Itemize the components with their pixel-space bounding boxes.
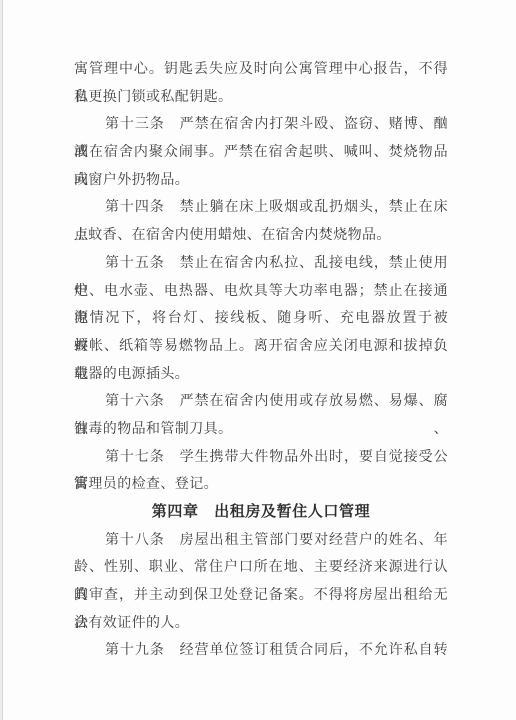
document-line: 蚊帐、纸箱等易燃物品上。离开宿舍应关闭电源和拔掉负载 [74, 333, 448, 361]
document-line: 寓管理中心。钥匙丢失应及时向公寓管理中心报告，不得私 [74, 56, 448, 84]
document-line-article-17: 第十七条 学生携带大件物品外出时，要自觉接受公寓 [74, 444, 448, 472]
document-page: 寓管理中心。钥匙丢失应及时向公寓管理中心报告，不得私 自更换门锁或私配钥匙。 第… [0, 0, 516, 720]
document-line-article-19: 第十九条 经营单位签订租赁合同后，不允许私自转 [74, 637, 448, 665]
document-line-article-16: 第十六条 严禁在宿舍内使用或存放易燃、易爆、腐蚀、 [74, 388, 448, 416]
document-line: 电器的电源插头。 [74, 361, 448, 389]
chapter-heading: 第四章 出租房及暂住人口管理 [74, 499, 448, 527]
document-body-text: 寓管理中心。钥匙丢失应及时向公寓管理中心报告，不得私 自更换门锁或私配钥匙。 第… [74, 56, 448, 665]
document-line: 点蚊香、在宿舍内使用蜡烛、在宿舍内焚烧物品。 [74, 222, 448, 250]
document-line: 炉、电水壶、电热器、电炊具等大功率电器；禁止在接通电 [74, 278, 448, 306]
document-line: 源情况下，将台灯、接线板、随身听、充电器放置于被褥、 [74, 305, 448, 333]
scan-left-edge [0, 0, 3, 720]
document-line: 的审查，并主动到保卫处登记备案。不得将房屋出租给无合 [74, 582, 448, 610]
document-line: 龄、性别、职业、常住户口所在地、主要经济来源进行认真 [74, 554, 448, 582]
document-line: 法有效证件的人。 [74, 610, 448, 638]
document-line-article-14: 第十四条 禁止躺在床上吸烟或乱扔烟头，禁止在床上 [74, 194, 448, 222]
document-line: 向窗户外扔物品。 [74, 167, 448, 195]
document-line: 管理员的检查、登记。 [74, 471, 448, 499]
document-line-article-13: 第十三条 严禁在宿舍内打架斗殴、盗窃、赌博、酗酒 [74, 111, 448, 139]
document-line: 或在宿舍内聚众闹事。严禁在宿舍起哄、喊叫、焚烧物品或 [74, 139, 448, 167]
document-line: 自更换门锁或私配钥匙。 [74, 84, 448, 112]
document-line-article-15: 第十五条 禁止在宿舍内私拉、乱接电线，禁止使用电 [74, 250, 448, 278]
document-line-article-18: 第十八条 房屋出租主管部门要对经营户的姓名、年 [74, 527, 448, 555]
